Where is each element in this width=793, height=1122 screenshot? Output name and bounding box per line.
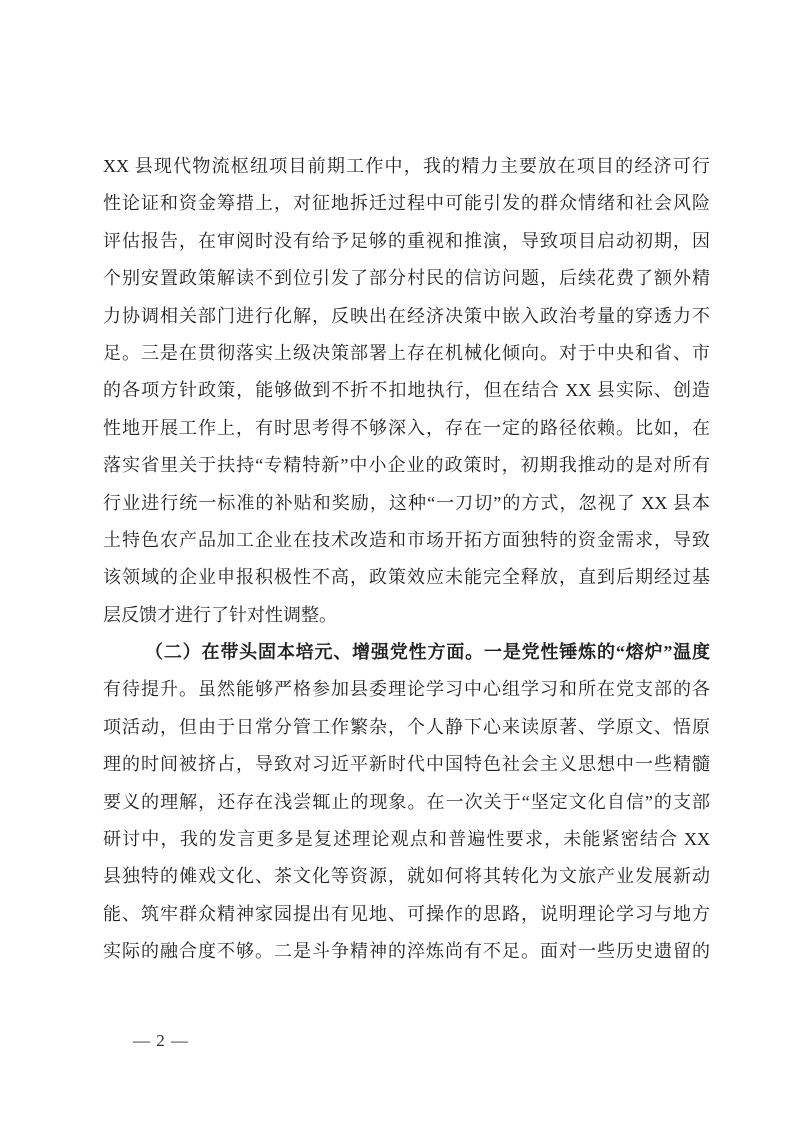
- text-line: 层反馈才进行了针对性调整。: [103, 597, 710, 634]
- text-line: 理的时间被挤占，导致对习近平新时代中国特色社会主义思想中一些精髓: [103, 746, 710, 783]
- text-line: 土特色农产品加工企业在技术改造和市场开拓方面独特的资金需求，导致: [103, 522, 710, 559]
- text-line: 个别安置政策解读不到位引发了部分村民的信访问题，后续花费了额外精: [103, 260, 710, 297]
- text-line: 性论证和资金筹措上，对征地拆迁过程中可能引发的群众情绪和社会风险: [103, 185, 710, 222]
- text-line: 行业进行统一标准的补贴和奖励，这种“一刀切”的方式，忽视了 XX 县本: [103, 485, 710, 522]
- text-line: 能、筑牢群众精神家园提出有见地、可操作的思路，说明理论学习与地方: [103, 896, 710, 933]
- body-text: XX 县现代物流枢纽项目前期工作中，我的精力主要放在项目的经济可行: [103, 156, 710, 176]
- body-text: 足。三是在贯彻落实上级决策部署上存在机械化倾向。对于中央和省、市: [103, 343, 710, 363]
- body-text: 实际的融合度不够。二是斗争精神的淬炼尚有不足。面对一些历史遗留的: [103, 941, 710, 961]
- section-heading-text: （二）在带头固本培元、增强党性方面。: [145, 642, 484, 662]
- text-line: 性地开展工作上，有时思考得不够深入，存在一定的路径依赖。比如，在: [103, 410, 710, 447]
- text-line: 项活动，但由于日常分管工作繁杂，个人静下心来读原著、学原文、悟原: [103, 709, 710, 746]
- body-text: 项活动，但由于日常分管工作繁杂，个人静下心来读原著、学原文、悟原: [103, 717, 710, 737]
- body-text: 落实省里关于扶持“专精特新”中小企业的政策时，初期我推动的是对所有: [103, 455, 710, 475]
- body-text: 评估报告，在审阅时没有给予足够的重视和推演，导致项目启动初期，因: [103, 231, 710, 251]
- text-line: 要义的理解，还存在浅尝辄止的现象。在一次关于“坚定文化自信”的支部: [103, 784, 710, 821]
- text-line: 研讨中，我的发言更多是复述理论观点和普遍性要求，未能紧密结合 XX: [103, 821, 710, 858]
- text-line: 该领域的企业申报积极性不高，政策效应未能完全释放，直到后期经过基: [103, 559, 710, 596]
- body-text: 行业进行统一标准的补贴和奖励，这种“一刀切”的方式，忽视了 XX 县本: [103, 493, 710, 513]
- body-text: 土特色农产品加工企业在技术改造和市场开拓方面独特的资金需求，导致: [103, 530, 710, 550]
- body-text: 性论证和资金筹措上，对征地拆迁过程中可能引发的群众情绪和社会风险: [103, 193, 710, 213]
- body-text: 县独特的傩戏文化、茶文化等资源，就如何将其转化为文旅产业发展新动: [103, 866, 710, 886]
- section-heading-text: 一是党性锤炼的“熔炉”温度: [484, 642, 710, 662]
- document-page: XX 县现代物流枢纽项目前期工作中，我的精力主要放在项目的经济可行性论证和资金筹…: [0, 0, 793, 1122]
- body-text: 要义的理解，还存在浅尝辄止的现象。在一次关于“坚定文化自信”的支部: [103, 792, 710, 812]
- body-text: 理的时间被挤占，导致对习近平新时代中国特色社会主义思想中一些精髓: [103, 754, 710, 774]
- body-text: 性地开展工作上，有时思考得不够深入，存在一定的路径依赖。比如，在: [103, 418, 710, 438]
- body-text: 该领域的企业申报积极性不高，政策效应未能完全释放，直到后期经过基: [103, 567, 710, 587]
- body-text: 的各项方针政策，能够做到不折不扣地执行，但在结合 XX 县实际、创造: [103, 380, 710, 400]
- text-line: 实际的融合度不够。二是斗争精神的淬炼尚有不足。面对一些历史遗留的: [103, 933, 710, 970]
- text-line: 足。三是在贯彻落实上级决策部署上存在机械化倾向。对于中央和省、市: [103, 335, 710, 372]
- body-text: 研讨中，我的发言更多是复述理论观点和普遍性要求，未能紧密结合 XX: [103, 829, 710, 849]
- body-text: 个别安置政策解读不到位引发了部分村民的信访问题，后续花费了额外精: [103, 268, 710, 288]
- body-text: 层反馈才进行了针对性调整。: [103, 605, 337, 625]
- document-body: XX 县现代物流枢纽项目前期工作中，我的精力主要放在项目的经济可行性论证和资金筹…: [103, 148, 710, 971]
- text-line: 落实省里关于扶持“专精特新”中小企业的政策时，初期我推动的是对所有: [103, 447, 710, 484]
- page-number: — 2 —: [133, 1030, 189, 1052]
- text-line: 县独特的傩戏文化、茶文化等资源，就如何将其转化为文旅产业发展新动: [103, 858, 710, 895]
- body-text: 能、筑牢群众精神家园提出有见地、可操作的思路，说明理论学习与地方: [103, 904, 710, 924]
- body-text: 有待提升。虽然能够严格参加县委理论学习中心组学习和所在党支部的各: [103, 679, 710, 699]
- text-line: （二）在带头固本培元、增强党性方面。一是党性锤炼的“熔炉”温度: [103, 634, 710, 671]
- text-line: XX 县现代物流枢纽项目前期工作中，我的精力主要放在项目的经济可行: [103, 148, 710, 185]
- body-text: 力协调相关部门进行化解，反映出在经济决策中嵌入政治考量的穿透力不: [103, 306, 710, 326]
- text-line: 力协调相关部门进行化解，反映出在经济决策中嵌入政治考量的穿透力不: [103, 298, 710, 335]
- text-line: 评估报告，在审阅时没有给予足够的重视和推演，导致项目启动初期，因: [103, 223, 710, 260]
- text-line: 有待提升。虽然能够严格参加县委理论学习中心组学习和所在党支部的各: [103, 671, 710, 708]
- text-line: 的各项方针政策，能够做到不折不扣地执行，但在结合 XX 县实际、创造: [103, 372, 710, 409]
